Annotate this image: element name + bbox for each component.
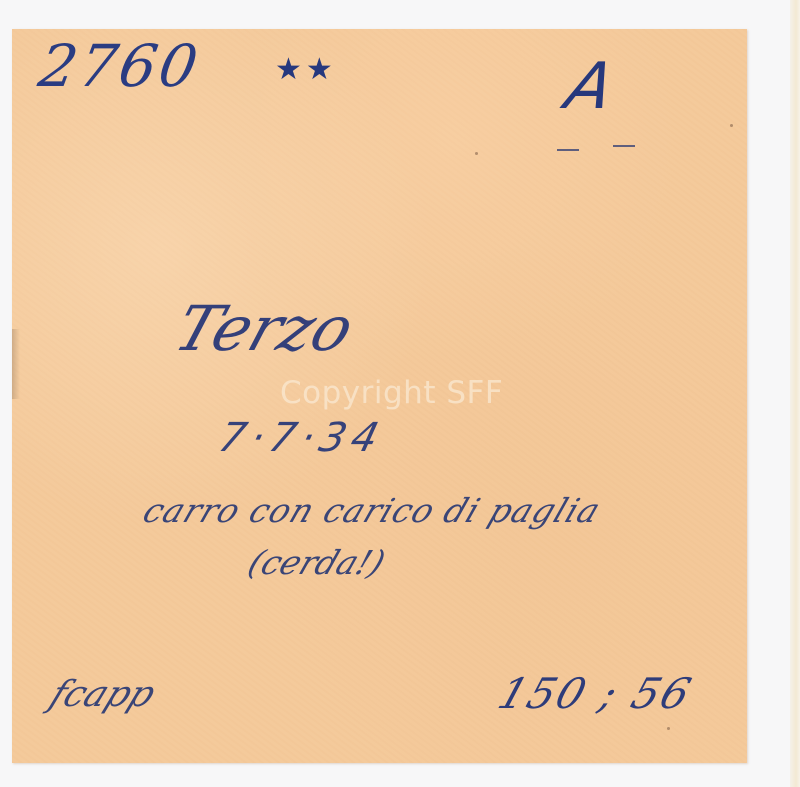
location-name: Terzo <box>168 298 361 360</box>
format-note: 150 ; 56 <box>493 673 697 715</box>
paper-speck <box>730 124 733 127</box>
paper-speck <box>475 152 478 155</box>
photo-date: 7·7·34 <box>215 418 388 458</box>
copyright-watermark: Copyright SFF <box>280 375 503 411</box>
photographer-note: fcapp <box>45 677 161 713</box>
category-underline <box>557 149 579 151</box>
catalog-stars-icon: ★★ <box>275 52 337 87</box>
catalog-number: 2760 <box>35 37 205 95</box>
category-underline <box>613 145 635 147</box>
paper-speck <box>667 727 670 730</box>
description-line-2: (cerda!) <box>244 546 390 579</box>
adjacent-card-edge <box>790 0 800 787</box>
card-fold-shadow <box>12 329 20 399</box>
description-line-1: carro con carico di paglia <box>139 494 605 527</box>
